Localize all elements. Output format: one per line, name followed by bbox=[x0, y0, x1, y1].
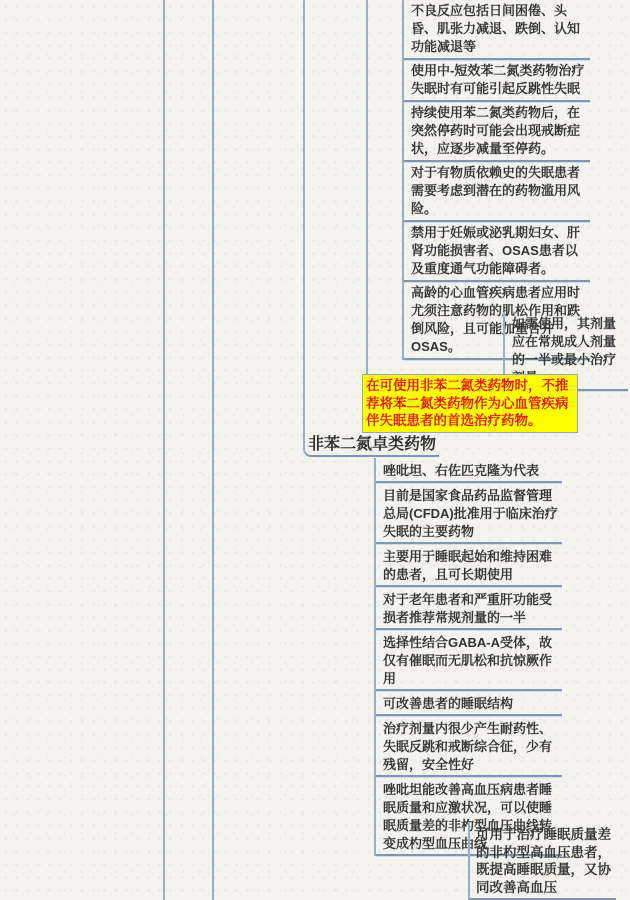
note-safety[interactable]: 治疗剂量内很少产生耐药性、失眠反跳和戒断综合征，少有残留，安全性好 bbox=[376, 716, 562, 777]
note-sleep-structure[interactable]: 可改善患者的睡眠结构 bbox=[376, 691, 562, 716]
nonbenzo-notes-column: 唑吡坦、右佐匹克隆为代表 目前是国家食品药品监督管理总局(CFDA)批准用于临床… bbox=[374, 458, 562, 856]
note-indication[interactable]: 主要用于睡眠起始和维持困难的患者，且可长期使用 bbox=[376, 544, 562, 587]
note-cfda-approved[interactable]: 目前是国家食品药品监督管理总局(CFDA)批准用于临床治疗失眠的主要药物 bbox=[376, 483, 562, 544]
branch-line-level1 bbox=[163, 0, 165, 900]
branch-label-nonbenzo[interactable]: 非苯二氮卓类药物 bbox=[308, 431, 436, 454]
note-representatives[interactable]: 唑吡坦、右佐匹克隆为代表 bbox=[376, 458, 562, 483]
note-nondipper-use[interactable]: 可用于治疗睡眠质量差的非杓型高血压患者，既提高睡眠质量，又协同改善高血压 bbox=[468, 822, 616, 900]
note-elderly-half-dose[interactable]: 对于老年患者和严重肝功能受损者推荐常规剂量的一半 bbox=[376, 587, 562, 630]
branch-nonbenzo: 非苯二氮卓类药物 bbox=[303, 0, 439, 457]
branch-line-level2 bbox=[212, 0, 214, 900]
note-gaba-selectivity[interactable]: 选择性结合GABA-A受体，故仅有催眠而无肌松和抗惊厥作用 bbox=[376, 630, 562, 691]
mindmap-canvas: 不良反应包括日间困倦、头昏、肌张力减退、跌倒、认知功能减退等 使用中-短效苯二氮… bbox=[0, 0, 630, 900]
